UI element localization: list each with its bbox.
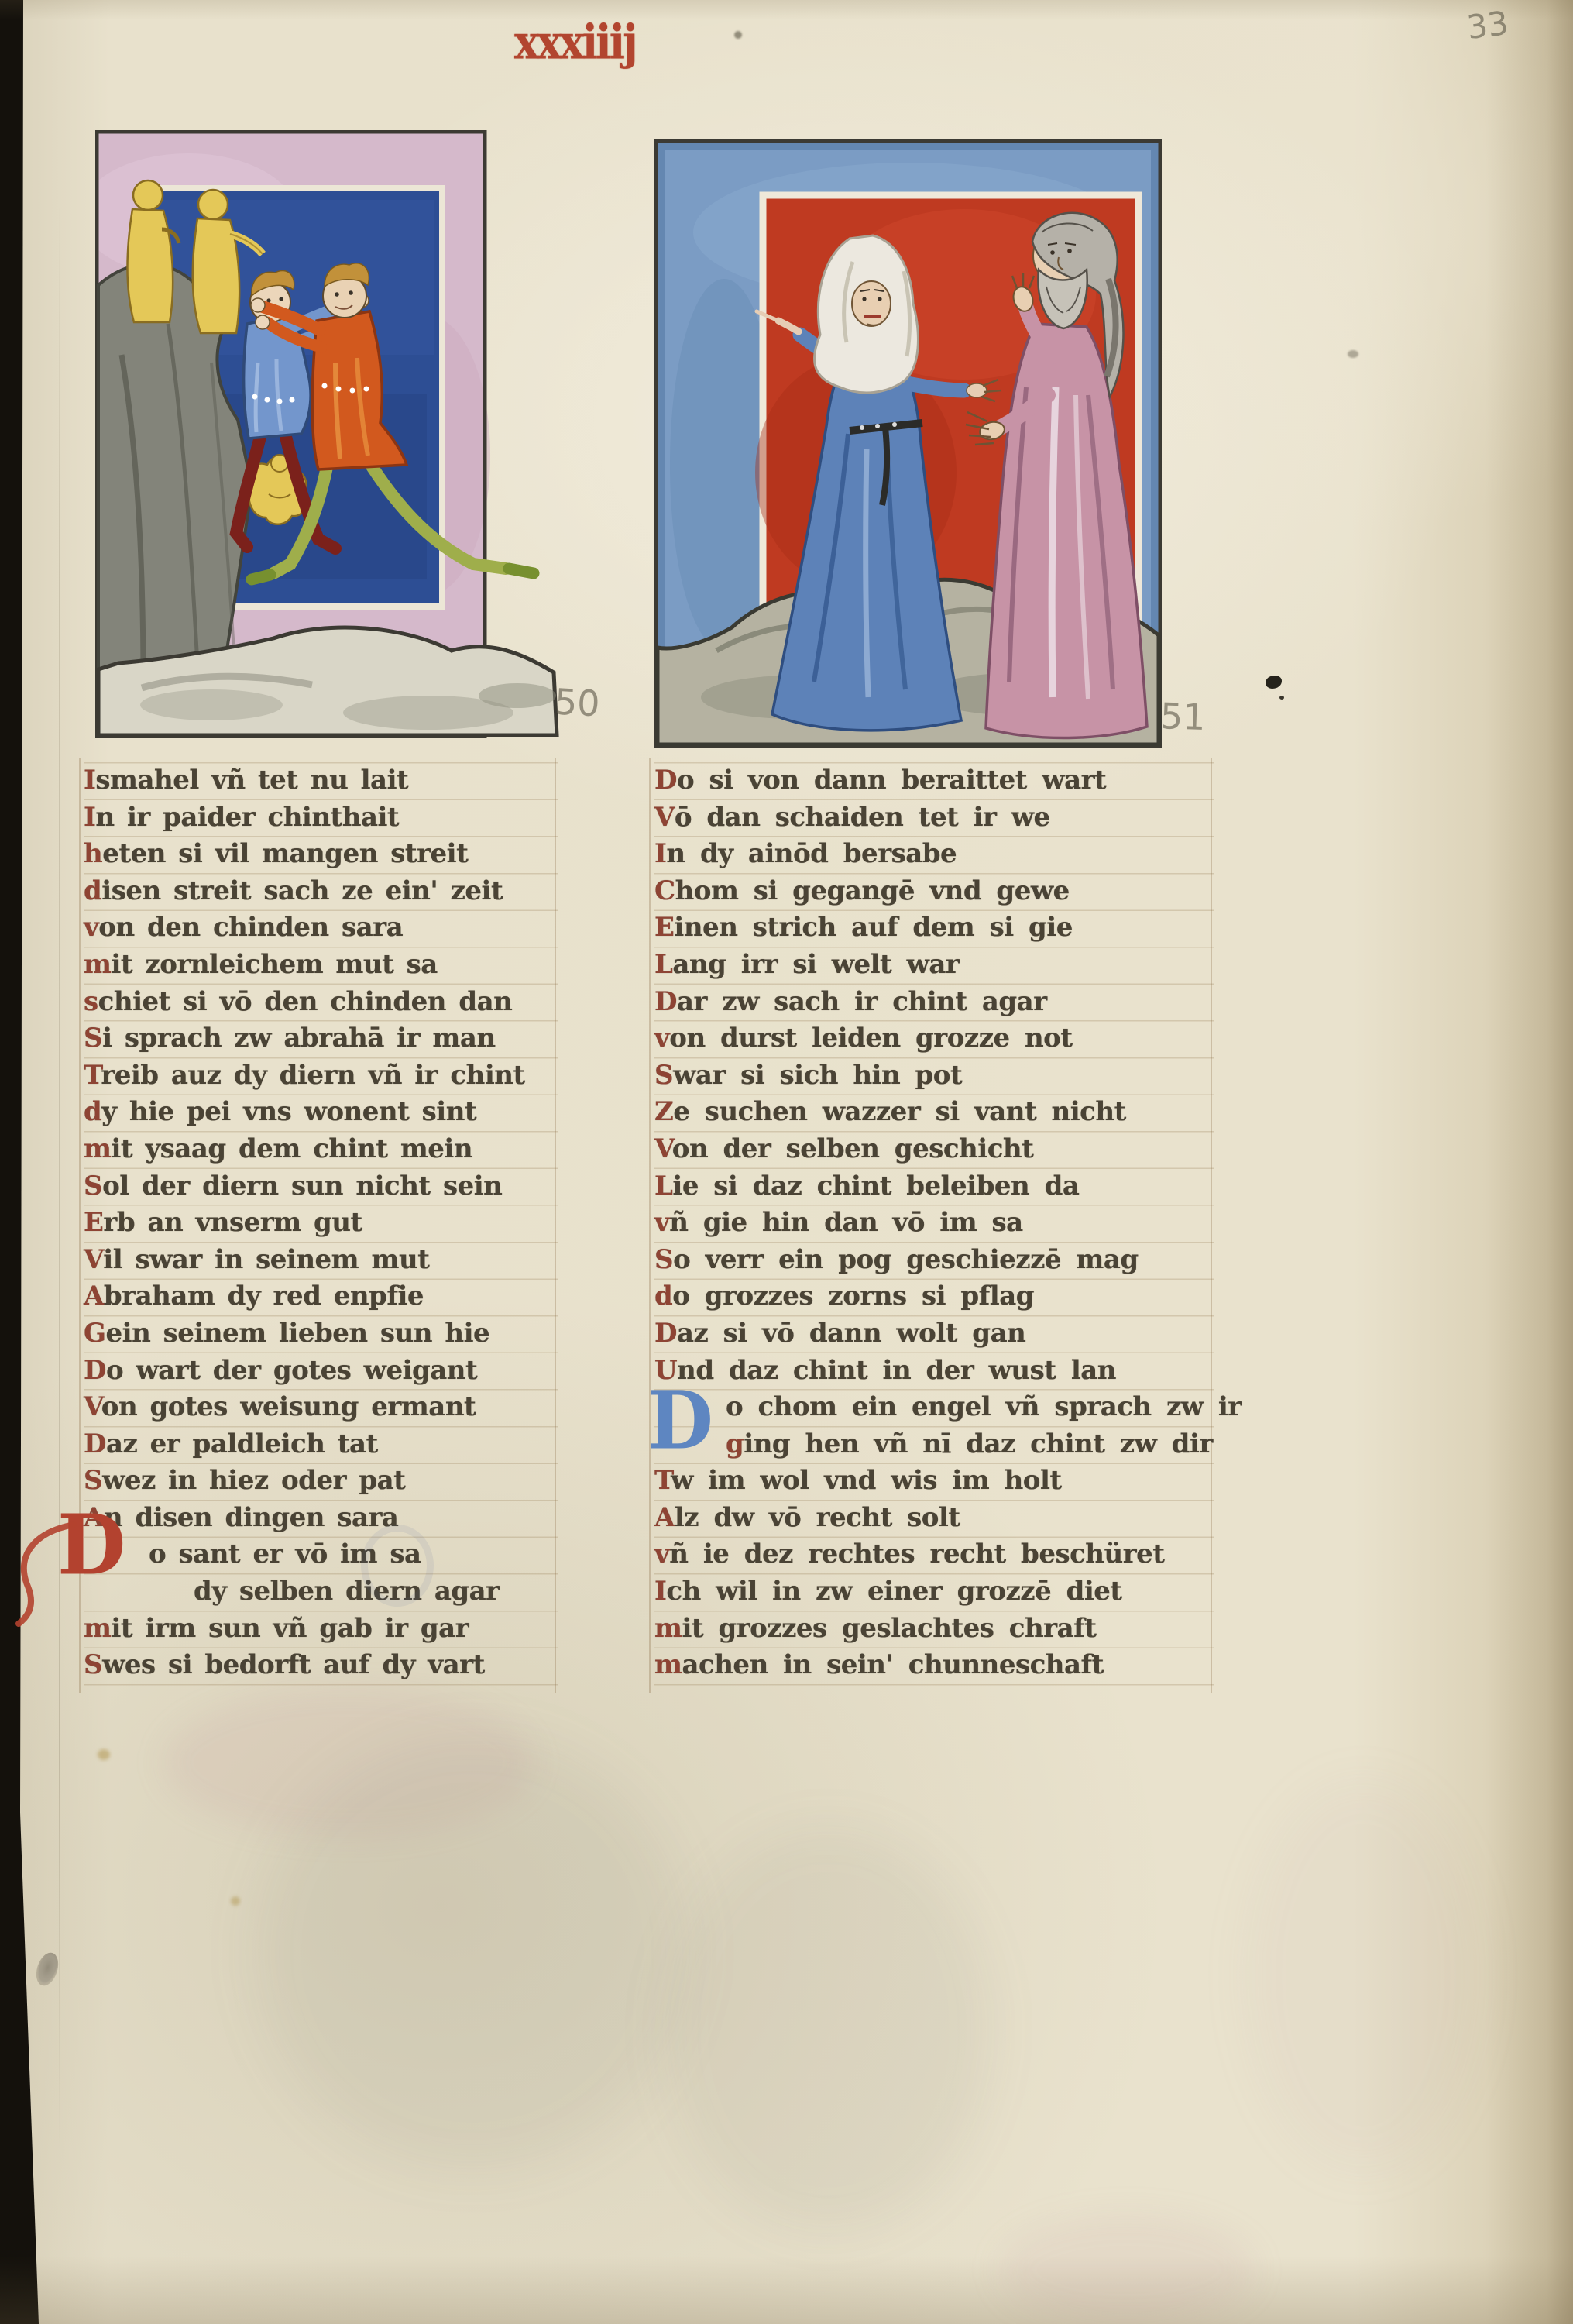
verse-line: Tw im wol vnd wis im holt xyxy=(654,1463,1214,1500)
miniature-left-svg xyxy=(95,130,560,738)
verse-line: dy hie pei vns wonent sint xyxy=(84,1094,558,1131)
parchment-crease xyxy=(59,201,60,2154)
verse-line: von durst leiden grozze not xyxy=(654,1020,1214,1057)
verse-line: mit ysaag dem chint mein xyxy=(84,1131,558,1168)
verse-line: disen streit sach ze ein' zeit xyxy=(84,873,558,910)
text-column-left: Ismahel vñ tet nu laitIn ir paider chint… xyxy=(84,762,558,1687)
verse-line: Einen strich auf dem si gie xyxy=(654,909,1214,947)
verse-line: vñ ie dez rechtes recht beschüret xyxy=(654,1536,1214,1573)
verse-line: An disen dingen sara xyxy=(84,1500,558,1537)
verse-line: Swez in hiez oder pat xyxy=(84,1463,558,1500)
verse-line: Do si von dann beraittet wart xyxy=(654,762,1214,799)
verse-line: schiet si vō den chinden dan xyxy=(84,984,558,1021)
verse-line: mit grozzes geslachtes chraft xyxy=(654,1611,1214,1648)
verse-line: Alz dw vō recht solt xyxy=(654,1500,1214,1537)
verse-line: vñ gie hin dan vō im sa xyxy=(654,1205,1214,1242)
stain xyxy=(163,1689,534,1836)
stain xyxy=(666,1828,991,2231)
verse-line: mit irm sun vñ gab ir gar xyxy=(84,1611,558,1648)
verse-line: So verr ein pog geschiezzē mag xyxy=(654,1242,1214,1279)
manuscript-page: xxxiiij 33 xyxy=(0,0,1573,2324)
text-column-right: Do si von dann beraittet wartVō dan scha… xyxy=(654,762,1214,1687)
verse-line: Ich wil in zw einer grozzē diet xyxy=(654,1573,1214,1611)
verse-line: Dar zw sach ir chint agar xyxy=(654,984,1214,1021)
miniature-right xyxy=(654,139,1162,748)
page-top-shadow xyxy=(0,0,1573,20)
verse-line: Daz er paldleich tat xyxy=(84,1426,558,1463)
page-fore-edge-shadow xyxy=(1485,0,1573,2324)
parchment-flaw xyxy=(33,1950,62,1989)
verse-line: Vō dan schaiden tet ir we xyxy=(654,799,1214,837)
verse-line: Sol der diern sun nicht sein xyxy=(84,1168,558,1205)
verse-line: mit zornleichem mut sa xyxy=(84,947,558,984)
verse-line: Daz si vō dann wolt gan xyxy=(654,1315,1214,1353)
stain xyxy=(1247,1782,1479,2169)
stain xyxy=(98,1749,110,1760)
verse-line: o chom ein engel vñ sprach zw ir xyxy=(726,1389,1214,1426)
miniature-number-right: 51 xyxy=(1159,695,1206,738)
ink-blot xyxy=(1266,676,1282,689)
verse-line: Gein seinem lieben sun hie xyxy=(84,1315,558,1353)
binding-edge xyxy=(0,0,40,2324)
stain xyxy=(734,31,742,39)
verse-line: Do wart der gotes weigant xyxy=(84,1353,558,1390)
verse-line: Lang irr si welt war xyxy=(654,947,1214,984)
miniature-number-left: 50 xyxy=(554,681,601,725)
verse-line: Von der selben geschicht xyxy=(654,1131,1214,1168)
verse-line: do grozzes zorns si pflag xyxy=(654,1278,1214,1315)
folio-number-rubric: xxxiiij xyxy=(514,14,636,70)
verse-line: Abraham dy red enpfie xyxy=(84,1278,558,1315)
verse-line: Si sprach zw abrahā ir man xyxy=(84,1020,558,1057)
verse-line: Lie si daz chint beleiben da xyxy=(654,1168,1214,1205)
versal-flourish xyxy=(11,1515,81,1631)
verse-line: heten si vil mangen streit xyxy=(84,836,558,873)
verse-line: machen in sein' chunneschaft xyxy=(654,1647,1214,1684)
verse-line: o sant er vō im sa xyxy=(149,1536,558,1573)
verse-line: Vil swar in seinem mut xyxy=(84,1242,558,1279)
ink-speck xyxy=(1279,696,1284,700)
stain xyxy=(1348,350,1358,358)
verse-line: ging hen vñ nī daz chint zw dir xyxy=(726,1426,1214,1463)
verse-line: Ismahel vñ tet nu lait xyxy=(84,762,558,799)
versal-initial-blue: D xyxy=(647,1382,713,1462)
verse-line: Chom si gegangē vnd gewe xyxy=(654,873,1214,910)
verse-line: Ze suchen wazzer si vant nicht xyxy=(654,1094,1214,1131)
ruling-line-vertical xyxy=(649,758,651,1693)
verse-line: Treib auz dy diern vñ ir chint xyxy=(84,1057,558,1095)
miniature-left xyxy=(95,130,560,738)
verse-line: Swes si bedorft auf dy vart xyxy=(84,1647,558,1684)
verse-line: In ir paider chinthait xyxy=(84,799,558,837)
penciled-page-number: 33 xyxy=(1465,4,1510,46)
show-through-initial xyxy=(361,1525,434,1607)
verse-line: Swar si sich hin pot xyxy=(654,1057,1214,1095)
miniature-right-svg xyxy=(654,139,1162,748)
verse-line: Und daz chint in der wust lan xyxy=(654,1353,1214,1390)
verse-line: Von gotes weisung ermant xyxy=(84,1389,558,1426)
verse-line: von den chinden sara xyxy=(84,909,558,947)
page-bottom-shadow xyxy=(0,2256,1573,2324)
stain xyxy=(256,1735,689,2169)
stain xyxy=(231,1896,240,1906)
verse-line: Erb an vnserm gut xyxy=(84,1205,558,1242)
verse-line: In dy ainōd bersabe xyxy=(654,836,1214,873)
